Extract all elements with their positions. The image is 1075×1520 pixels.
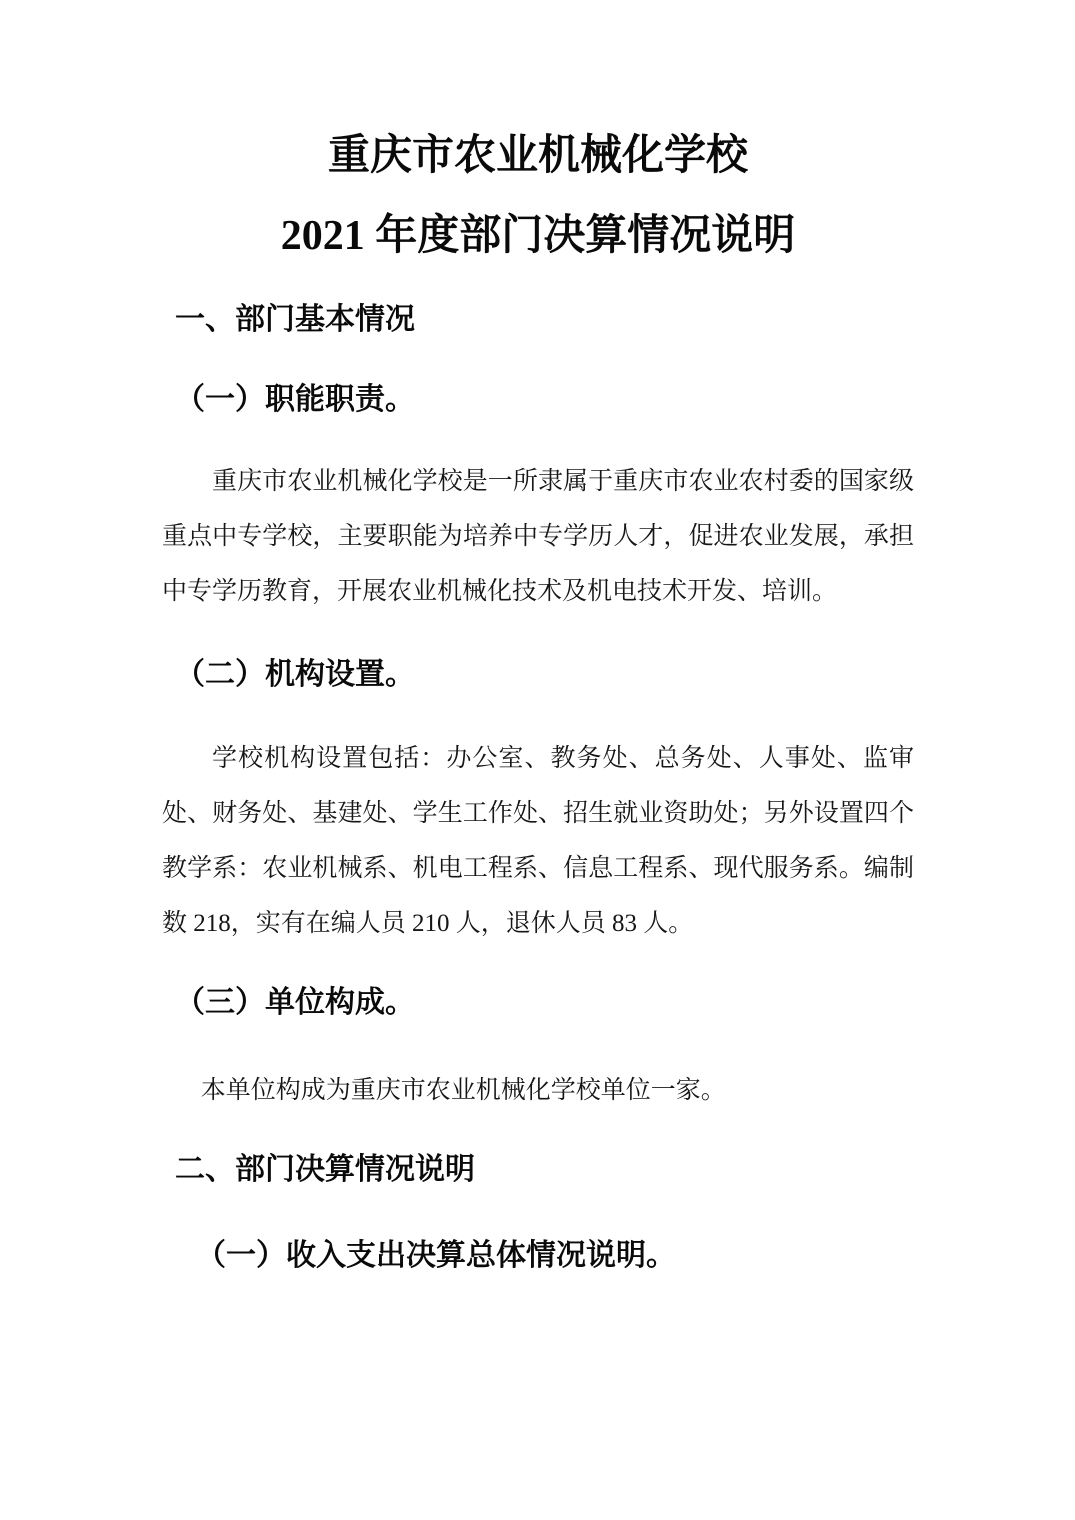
section-1-sub-3-heading: （三）单位构成。 bbox=[175, 985, 914, 1021]
section-1-sub-1-paragraph: 重庆市农业机械化学校是一所隶属于重庆市农业农村委的国家级重点中专学校，主要职能为… bbox=[162, 454, 914, 619]
section-1-sub-1-heading: （一）职能职责。 bbox=[175, 382, 914, 418]
doc-subtitle: 2021 年度部门决算情况说明 bbox=[162, 212, 914, 260]
doc-title: 重庆市农业机械化学校 bbox=[162, 132, 914, 180]
section-2-heading: 二、部门决算情况说明 bbox=[175, 1152, 914, 1188]
section-1-sub-2-heading: （二）机构设置。 bbox=[175, 657, 914, 693]
section-2-sub-1-heading: （一）收入支出决算总体情况说明。 bbox=[196, 1238, 914, 1274]
section-1-sub-3-paragraph: 本单位构成为重庆市农业机械化学校单位一家。 bbox=[162, 1063, 914, 1118]
section-1-heading: 一、部门基本情况 bbox=[175, 302, 914, 338]
document-page: 重庆市农业机械化学校 2021 年度部门决算情况说明 一、部门基本情况 （一）职… bbox=[0, 0, 1075, 1520]
section-1-sub-2-paragraph: 学校机构设置包括：办公室、教务处、总务处、人事处、监审处、财务处、基建处、学生工… bbox=[162, 731, 914, 951]
